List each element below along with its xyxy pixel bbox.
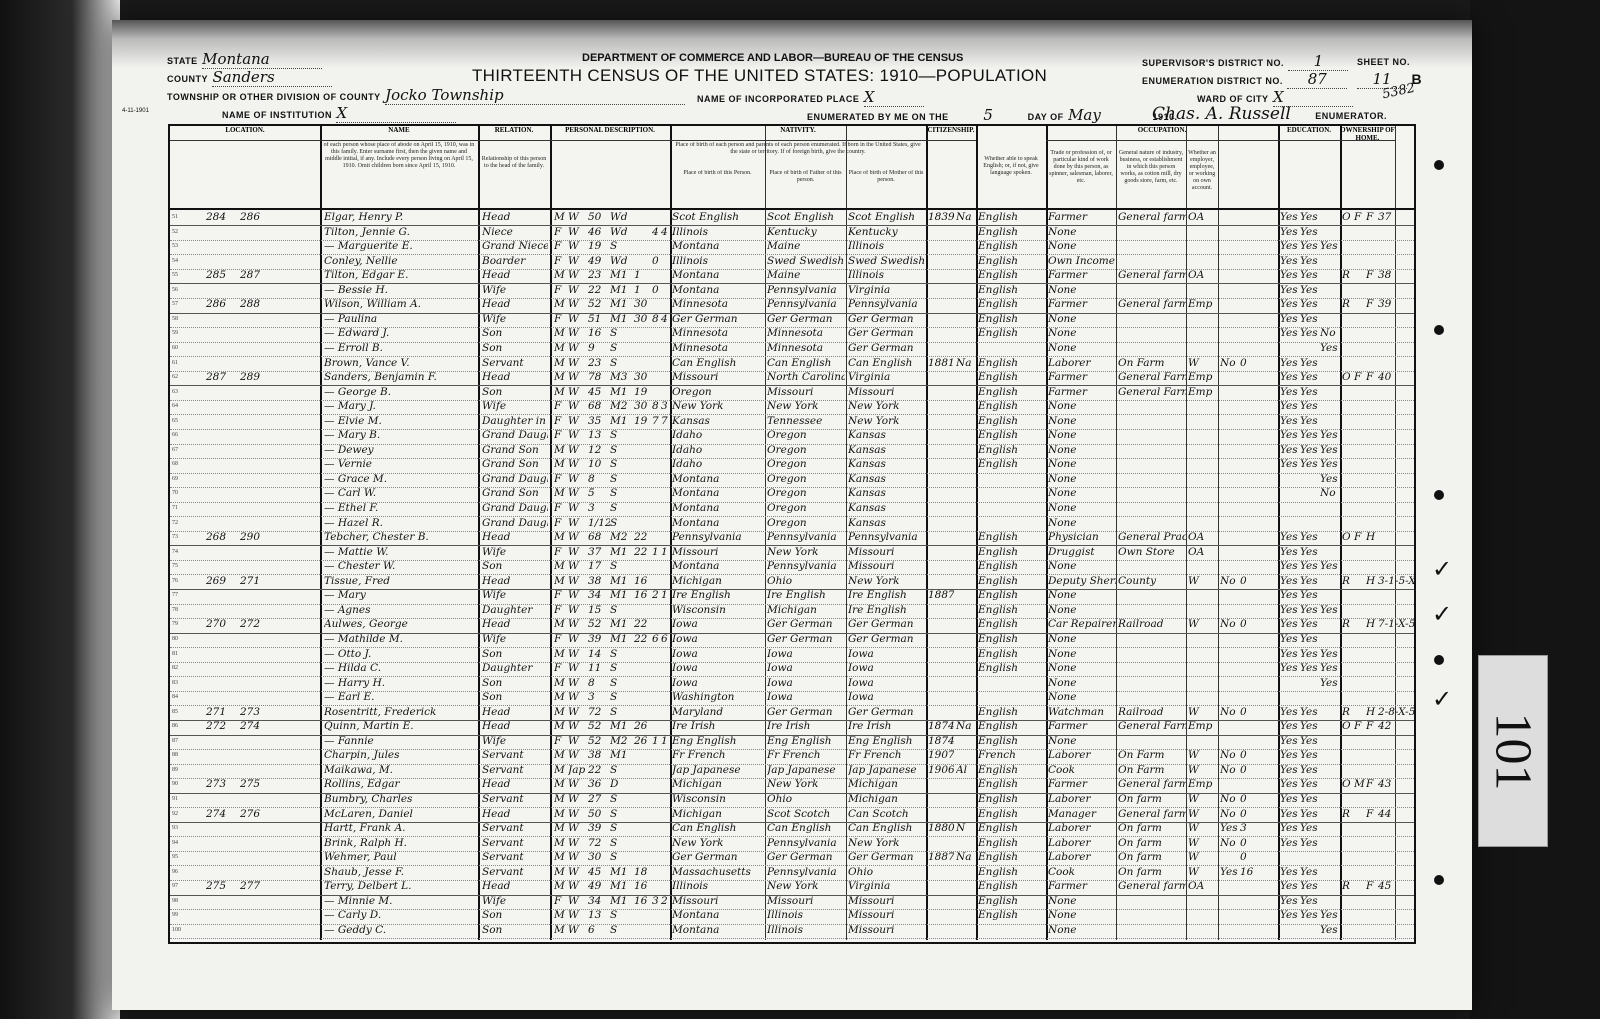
cell-race: W [568, 908, 586, 923]
cell-birth: Kansas [672, 414, 764, 429]
cell-years-married [634, 516, 652, 531]
cell-employer: OA [1188, 545, 1216, 560]
cell-birth: Massachusetts [672, 865, 764, 880]
cell-name: Tilton, Jennie G. [324, 225, 476, 240]
cell-marital: M1 [610, 312, 634, 327]
cell-relation: Daughter [482, 661, 548, 676]
line-number: 93 [172, 825, 178, 831]
cell-sex: M [554, 530, 568, 545]
cell-language: English [978, 617, 1044, 632]
cell-trade: Manager [1048, 807, 1116, 822]
cell-trade: Farmer [1048, 777, 1116, 792]
cell-age: 1/12 [588, 516, 610, 531]
margin-tag: 101 [1478, 655, 1548, 847]
cell-father-birth: Iowa [767, 676, 845, 691]
cell-marital: S [610, 836, 634, 851]
cell-birth: Idaho [672, 457, 764, 472]
cell-weeks-out: 0 [1240, 705, 1254, 720]
cell-farm: F [1366, 719, 1378, 734]
cell-children-born [652, 647, 661, 662]
cell-school [1320, 516, 1338, 531]
cell-naturalized [956, 792, 976, 807]
cell-write [1300, 516, 1320, 531]
cell-free [1354, 225, 1366, 240]
line-number: 57 [172, 301, 178, 307]
cell-family [240, 690, 270, 705]
cell-relation: Head [482, 530, 548, 545]
cell-birth: Montana [672, 283, 764, 298]
cell-children-born: 3 [652, 894, 661, 909]
cell-dwelling [206, 748, 236, 763]
cell-industry: On farm [1118, 836, 1186, 851]
cell-naturalized [956, 661, 976, 676]
cell-marital: M1 [610, 414, 634, 429]
cell-family [240, 225, 270, 240]
cell-school [1320, 399, 1338, 414]
cell-mother-birth: Ger German [848, 341, 926, 356]
cell-immigration [928, 428, 954, 443]
cell-immigration [928, 501, 954, 516]
cell-weeks-out [1240, 268, 1254, 283]
cell-relation: Head [482, 370, 548, 385]
cell-dwelling [206, 225, 236, 240]
cell-schedule [1378, 530, 1418, 545]
cell-unemployed [1220, 661, 1238, 676]
cell-write [1300, 850, 1320, 865]
cell-age: 38 [588, 748, 610, 763]
cell-owned [1342, 326, 1354, 341]
cell-name: — Mattie W. [324, 545, 476, 560]
cell-mother-birth: Pennsylvania [848, 297, 926, 312]
cell-years-married [634, 559, 652, 574]
cell-weeks-out: 3 [1240, 821, 1254, 836]
cell-birth: Can English [672, 821, 764, 836]
cell-years-married: 16 [634, 894, 652, 909]
cell-farm [1366, 385, 1378, 400]
cell-owned [1342, 690, 1354, 705]
cell-trade: None [1048, 908, 1116, 923]
cell-farm [1366, 501, 1378, 516]
cell-marital: S [610, 559, 634, 574]
cell-children-living [661, 908, 670, 923]
cell-marital: S [610, 341, 634, 356]
cell-industry [1118, 283, 1186, 298]
cell-farm [1366, 676, 1378, 691]
cell-trade: None [1048, 661, 1116, 676]
cell-dwelling [206, 821, 236, 836]
cell-immigration [928, 414, 954, 429]
cell-birth: Montana [672, 923, 764, 938]
cell-age: 50 [588, 210, 610, 225]
cell-free [1354, 748, 1366, 763]
cell-industry [1118, 588, 1186, 603]
cell-marital: S [610, 807, 634, 822]
cell-name: — Fannie [324, 734, 476, 749]
cell-age: 19 [588, 239, 610, 254]
cell-mother-birth: Can Scotch [848, 807, 926, 822]
cell-schedule [1378, 763, 1418, 778]
cell-immigration [928, 457, 954, 472]
cell-immigration [928, 647, 954, 662]
cell-naturalized [956, 777, 976, 792]
cell-language [978, 923, 1044, 938]
cell-school: Yes [1320, 472, 1338, 487]
cell-family [240, 748, 270, 763]
cell-marital: M1 [610, 879, 634, 894]
cell-free [1354, 472, 1366, 487]
cell-employer [1188, 516, 1216, 531]
cell-father-birth: Michigan [767, 603, 845, 618]
cell-schedule [1378, 865, 1418, 880]
cell-family [240, 559, 270, 574]
cell-mother-birth: Missouri [848, 385, 926, 400]
cell-father-birth: Illinois [767, 923, 845, 938]
cell-children-born [652, 356, 661, 371]
cell-marital: M1 [610, 632, 634, 647]
cell-school: Yes [1320, 908, 1338, 923]
cell-sex: M [554, 807, 568, 822]
cell-race: W [568, 894, 586, 909]
cell-employer: W [1188, 836, 1216, 851]
cell-children-living [661, 792, 670, 807]
cell-birth: New York [672, 399, 764, 414]
cell-years-married: 1 [634, 283, 652, 298]
cell-years-married [634, 457, 652, 472]
cell-schedule [1378, 326, 1418, 341]
cell-farm [1366, 588, 1378, 603]
cell-unemployed: Yes [1220, 865, 1238, 880]
cell-race: W [568, 239, 586, 254]
cell-family: 286 [240, 210, 270, 225]
cell-family: 288 [240, 297, 270, 312]
cell-sex: F [554, 734, 568, 749]
cell-race: W [568, 399, 586, 414]
cell-children-born: 8 [652, 399, 661, 414]
cell-naturalized [956, 923, 976, 938]
cell-free [1354, 923, 1366, 938]
cell-language: English [978, 297, 1044, 312]
cell-employer: W [1188, 748, 1216, 763]
cell-age: 45 [588, 865, 610, 880]
cell-read: Yes [1280, 254, 1300, 269]
cell-school [1320, 501, 1338, 516]
cell-sex: M [554, 297, 568, 312]
cell-trade: None [1048, 734, 1116, 749]
cell-naturalized [956, 879, 976, 894]
cell-father-birth: Ger German [767, 850, 845, 865]
cell-mother-birth: Iowa [848, 661, 926, 676]
cell-language: English [978, 399, 1044, 414]
cell-mother-birth: Jap Japanese [848, 763, 926, 778]
cell-trade: None [1048, 341, 1116, 356]
cell-relation: Head [482, 617, 548, 632]
cell-children-living [661, 297, 670, 312]
cell-weeks-out [1240, 603, 1254, 618]
table-row: 100— Geddy C.SonMW6SMontanaIllinoisMisso… [170, 923, 1414, 939]
line-number: 59 [172, 330, 178, 336]
cell-name: Rosentritt, Frederick [324, 705, 476, 720]
cell-race: W [568, 283, 586, 298]
cell-immigration [928, 894, 954, 909]
cell-farm [1366, 341, 1378, 356]
cell-school [1320, 385, 1338, 400]
cell-unemployed: No [1220, 748, 1238, 763]
cell-write: Yes [1300, 792, 1320, 807]
cell-employer: Emp [1188, 385, 1216, 400]
cell-age: 10 [588, 457, 610, 472]
line-number: 68 [172, 461, 178, 467]
cell-weeks-out [1240, 908, 1254, 923]
cell-name: Tebcher, Chester B. [324, 530, 476, 545]
cell-dwelling [206, 559, 236, 574]
cell-children-born [652, 574, 661, 589]
cell-children-born [652, 879, 661, 894]
cell-owned: O [1342, 777, 1354, 792]
cell-weeks-out [1240, 385, 1254, 400]
cell-unemployed [1220, 268, 1238, 283]
cell-name: — George B. [324, 385, 476, 400]
cell-industry: On farm [1118, 850, 1186, 865]
cell-employer: W [1188, 821, 1216, 836]
cell-owned: R [1342, 574, 1354, 589]
cell-immigration: 1874 [928, 734, 954, 749]
cell-unemployed [1220, 923, 1238, 938]
cell-immigration [928, 254, 954, 269]
cell-school [1320, 268, 1338, 283]
cell-children-living: 4 [661, 225, 670, 240]
cell-farm [1366, 326, 1378, 341]
line-number: 84 [172, 694, 178, 700]
cell-write [1300, 690, 1320, 705]
cell-dwelling: 272 [206, 719, 236, 734]
cell-trade: None [1048, 486, 1116, 501]
cell-employer [1188, 588, 1216, 603]
cell-immigration [928, 865, 954, 880]
cell-read: Yes [1280, 894, 1300, 909]
cell-industry: General farm [1118, 879, 1186, 894]
cell-free [1354, 443, 1366, 458]
cell-mother-birth: Can English [848, 821, 926, 836]
cell-birth: Minnesota [672, 341, 764, 356]
cell-owned [1342, 312, 1354, 327]
cell-race: W [568, 559, 586, 574]
cell-immigration: 1906 [928, 763, 954, 778]
cell-children-living: 7 [661, 414, 670, 429]
cell-immigration: 1907 [928, 748, 954, 763]
cell-sex: M [554, 326, 568, 341]
cell-family [240, 792, 270, 807]
cell-naturalized [956, 225, 976, 240]
line-number: 92 [172, 811, 178, 817]
cell-immigration: 1880 [928, 821, 954, 836]
cell-school [1320, 297, 1338, 312]
cell-school [1320, 356, 1338, 371]
cell-read: Yes [1280, 370, 1300, 385]
cell-sex: M [554, 821, 568, 836]
cell-farm [1366, 457, 1378, 472]
cell-age: 52 [588, 734, 610, 749]
cell-mother-birth: Fr French [848, 748, 926, 763]
cell-farm [1366, 486, 1378, 501]
county-value: Sanders [212, 68, 332, 87]
cell-school [1320, 836, 1338, 851]
cell-trade: None [1048, 457, 1116, 472]
group-personal: PERSONAL DESCRIPTION. [550, 126, 670, 141]
cell-relation: Servant [482, 792, 548, 807]
cell-father-birth: Pennsylvania [767, 865, 845, 880]
cell-employer: Emp [1188, 719, 1216, 734]
cell-write: Yes [1300, 530, 1320, 545]
cell-name: — Elvie M. [324, 414, 476, 429]
cell-read: Yes [1280, 545, 1300, 560]
cell-birth: Minnesota [672, 297, 764, 312]
cell-farm [1366, 356, 1378, 371]
cell-free [1354, 297, 1366, 312]
cell-employer [1188, 312, 1216, 327]
cell-trade: Laborer [1048, 748, 1116, 763]
cell-mother-birth: Kansas [848, 457, 926, 472]
cell-farm [1366, 428, 1378, 443]
cell-father-birth: Pennsylvania [767, 297, 845, 312]
cell-years-married [634, 603, 652, 618]
cell-race: W [568, 850, 586, 865]
cell-years-married [634, 705, 652, 720]
cell-trade: Watchman [1048, 705, 1116, 720]
cell-farm: F [1366, 777, 1378, 792]
cell-mother-birth: Virginia [848, 370, 926, 385]
cell-dwelling: 285 [206, 268, 236, 283]
cell-trade: Farmer [1048, 719, 1116, 734]
cell-industry: General Practice [1118, 530, 1186, 545]
cell-family: 289 [240, 370, 270, 385]
cell-unemployed: No [1220, 356, 1238, 371]
cell-marital: M1 [610, 268, 634, 283]
cell-weeks-out [1240, 225, 1254, 240]
cell-sex: M [554, 705, 568, 720]
cell-children-living [661, 661, 670, 676]
cell-write: Yes [1300, 297, 1320, 312]
cell-free [1354, 239, 1366, 254]
day-of-label: DAY OF [1028, 112, 1064, 122]
cell-weeks-out: 0 [1240, 836, 1254, 851]
cell-race: W [568, 385, 586, 400]
cell-marital: M1 [610, 574, 634, 589]
cell-race: W [568, 807, 586, 822]
cell-father-birth: Iowa [767, 661, 845, 676]
cell-age: 34 [588, 588, 610, 603]
cell-free [1354, 326, 1366, 341]
cell-immigration [928, 836, 954, 851]
cell-free [1354, 399, 1366, 414]
cell-industry [1118, 443, 1186, 458]
cell-write: Yes [1300, 894, 1320, 909]
cell-children-born: 2 [652, 588, 661, 603]
cell-birth: Montana [672, 908, 764, 923]
cell-sex: F [554, 516, 568, 531]
cell-children-born [652, 705, 661, 720]
cell-weeks-out: 0 [1240, 574, 1254, 589]
line-number: 99 [172, 912, 178, 918]
cell-school [1320, 763, 1338, 778]
cell-sex: F [554, 414, 568, 429]
cell-language: English [978, 545, 1044, 560]
cell-language: English [978, 850, 1044, 865]
cell-immigration [928, 807, 954, 822]
cell-schedule [1378, 428, 1418, 443]
cell-race: W [568, 254, 586, 269]
cell-language: English [978, 807, 1044, 822]
cell-owned: O [1342, 210, 1354, 225]
cell-unemployed [1220, 225, 1238, 240]
census-table: LOCATION. NAME RELATION. PERSONAL DESCRI… [168, 124, 1416, 944]
punch-hole [1434, 325, 1444, 335]
cell-farm [1366, 239, 1378, 254]
cell-dwelling: 271 [206, 705, 236, 720]
cell-age: 46 [588, 225, 610, 240]
cell-birth: Wisconsin [672, 603, 764, 618]
cell-language: English [978, 603, 1044, 618]
institution-field: NAME OF INSTITUTION X [222, 104, 456, 123]
line-number: 67 [172, 447, 178, 453]
cell-sex: M [554, 865, 568, 880]
cell-owned [1342, 923, 1354, 938]
cell-mother-birth: Ger German [848, 705, 926, 720]
cell-read: Yes [1280, 647, 1300, 662]
cell-years-married [634, 676, 652, 691]
cell-read: Yes [1280, 865, 1300, 880]
cell-read: Yes [1280, 326, 1300, 341]
group-citizenship: CITIZENSHIP. [926, 126, 976, 141]
cell-family [240, 516, 270, 531]
cell-trade: Cook [1048, 763, 1116, 778]
cell-birth: New York [672, 836, 764, 851]
cell-immigration [928, 792, 954, 807]
cell-birth: Montana [672, 239, 764, 254]
cell-father-birth: Ire Irish [767, 719, 845, 734]
cell-schedule [1378, 632, 1418, 647]
cell-dwelling [206, 865, 236, 880]
cell-industry [1118, 647, 1186, 662]
cell-language: English [978, 268, 1044, 283]
cell-sex: F [554, 472, 568, 487]
cell-school [1320, 588, 1338, 603]
cell-dwelling [206, 516, 236, 531]
cell-father-birth: Maine [767, 268, 845, 283]
cell-name: Brown, Vance V. [324, 356, 476, 371]
cell-employer: W [1188, 705, 1216, 720]
cell-trade: Physician [1048, 530, 1116, 545]
cell-father-birth: Ger German [767, 705, 845, 720]
cell-owned [1342, 603, 1354, 618]
cell-father-birth: Can English [767, 821, 845, 836]
cell-father-birth: Scot Scotch [767, 807, 845, 822]
cell-years-married [634, 225, 652, 240]
cell-father-birth: Pennsylvania [767, 530, 845, 545]
cell-school [1320, 719, 1338, 734]
cell-employer: W [1188, 617, 1216, 632]
cell-age: 8 [588, 472, 610, 487]
cell-farm: H [1366, 530, 1378, 545]
cell-read: Yes [1280, 283, 1300, 298]
sheet-label: SHEET NO. [1357, 57, 1410, 67]
cell-free [1354, 690, 1366, 705]
cell-naturalized [956, 472, 976, 487]
group-nativity: NATIVITY. [670, 126, 926, 141]
cell-school [1320, 850, 1338, 865]
cell-relation: Grand Son [482, 457, 548, 472]
cell-years-married: 22 [634, 617, 652, 632]
cell-schedule [1378, 676, 1418, 691]
